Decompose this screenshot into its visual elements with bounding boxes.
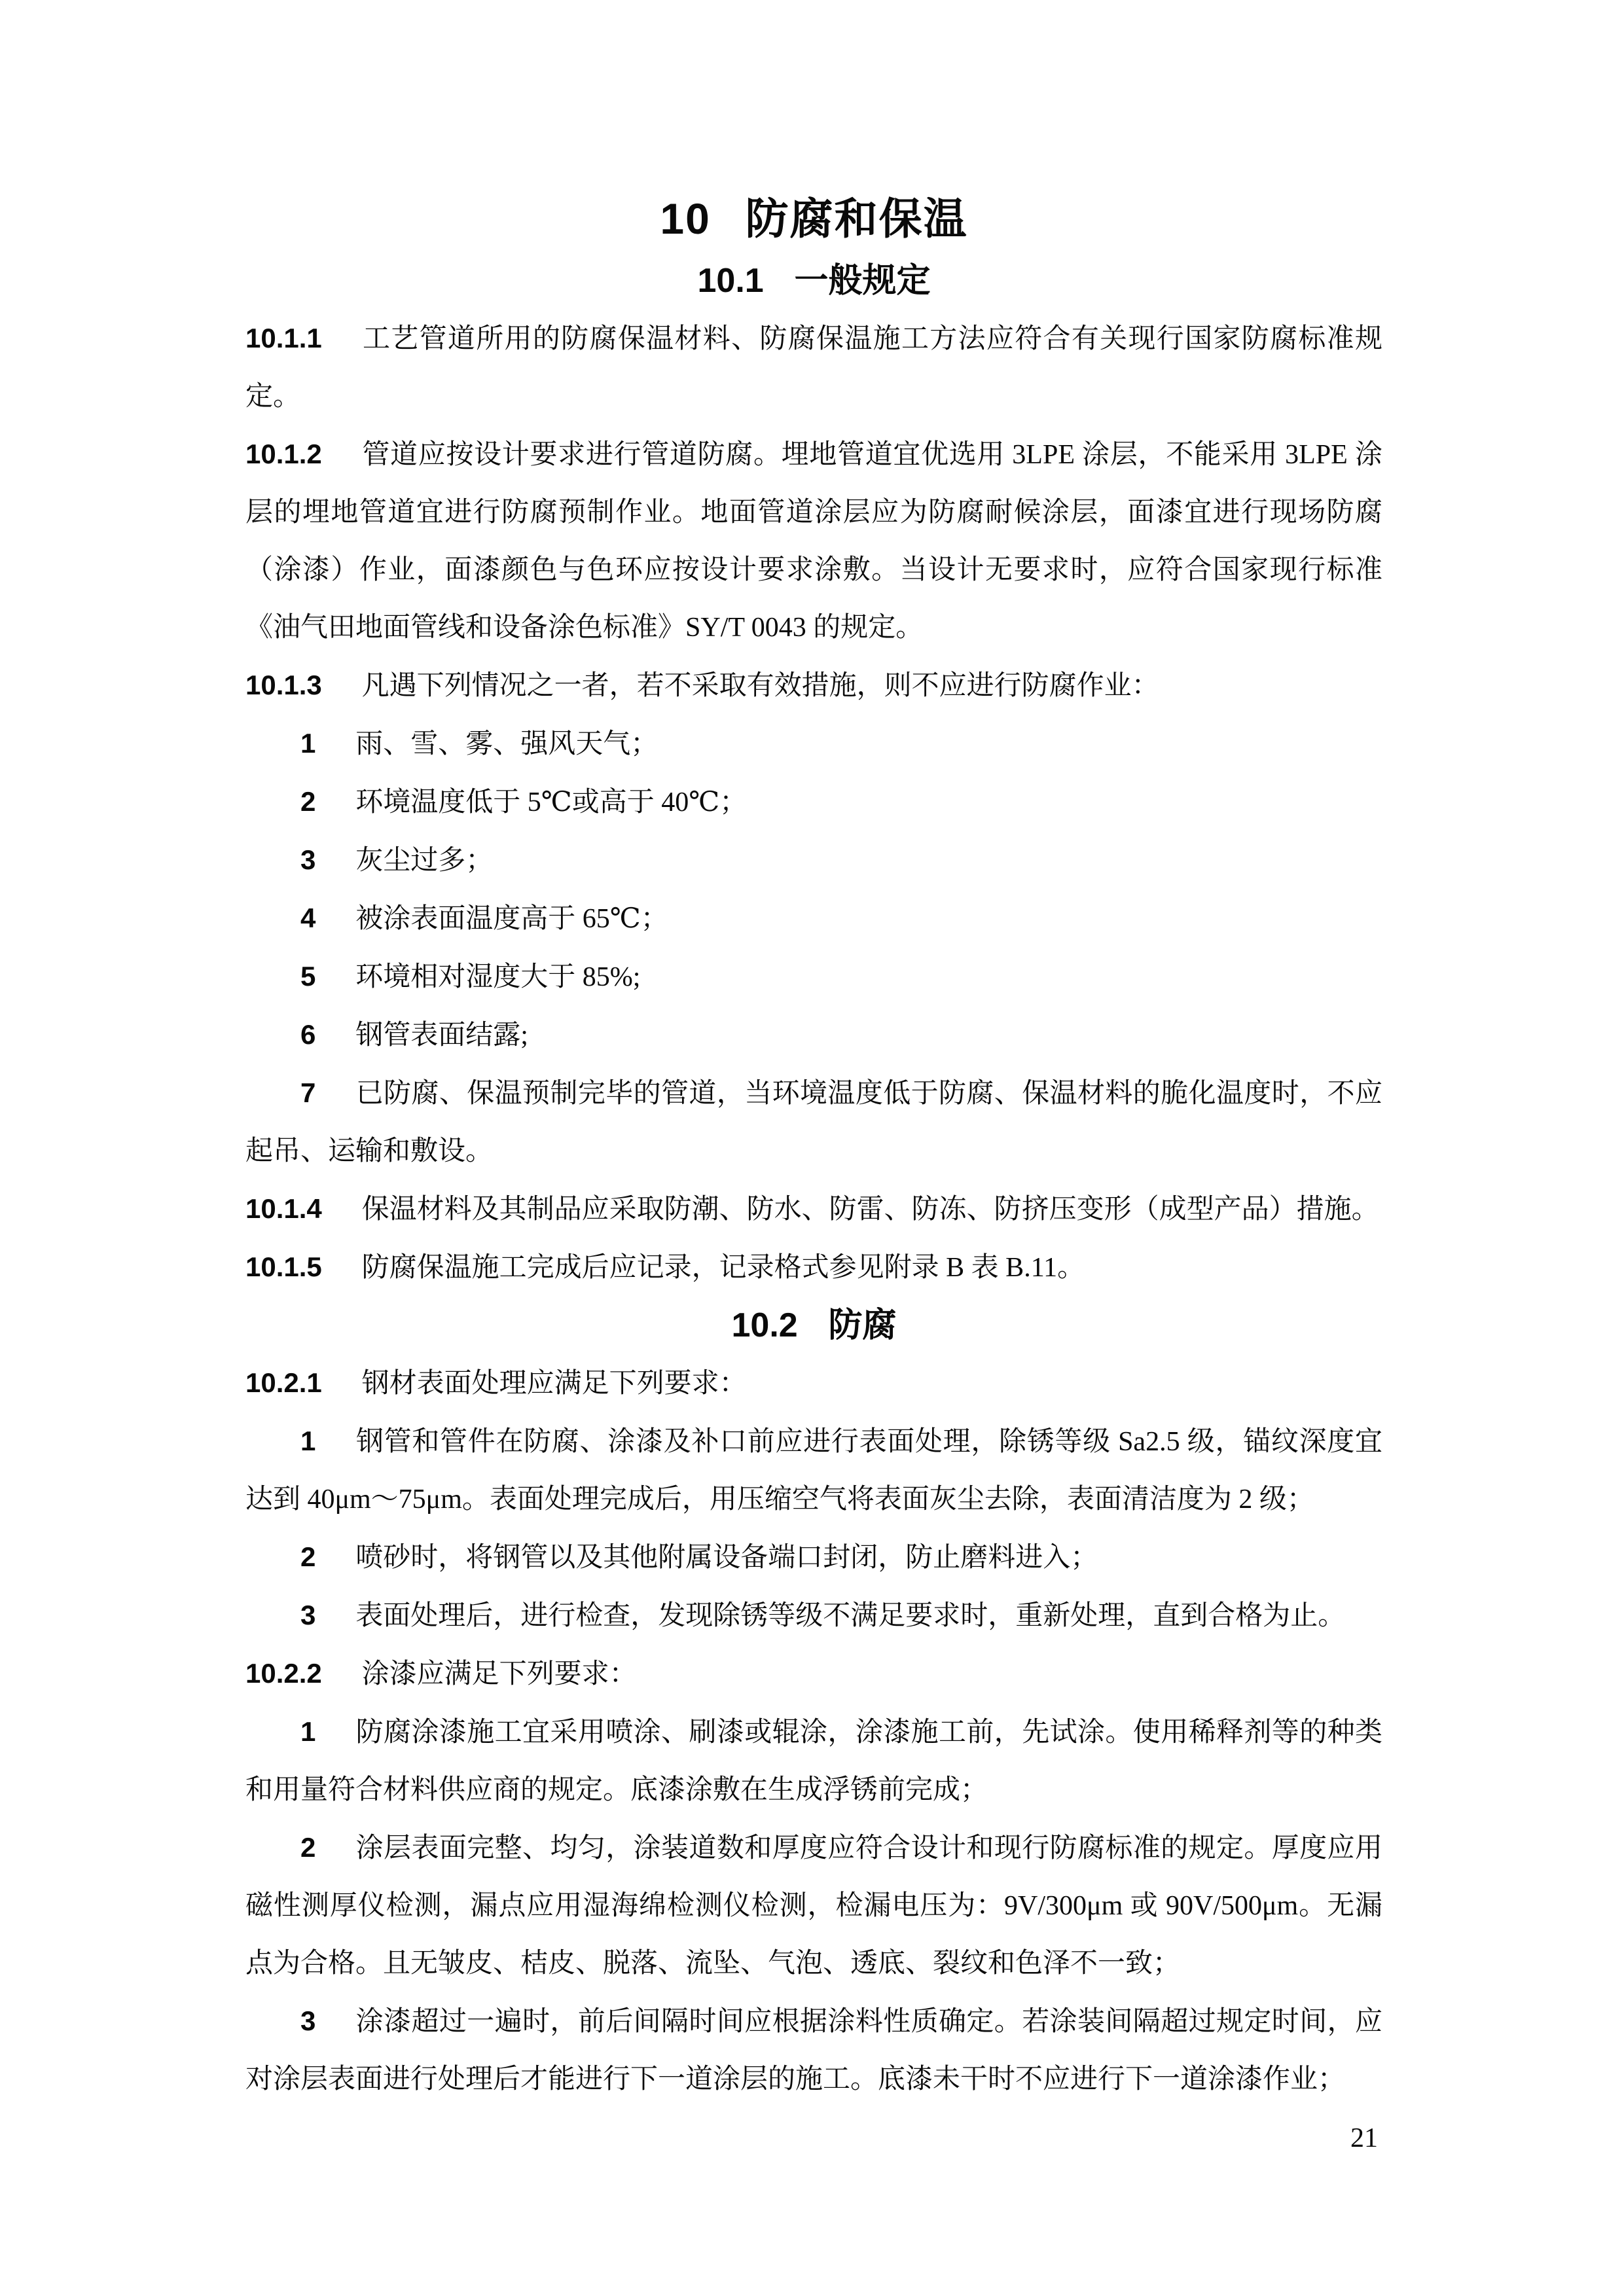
clause-number: 1 <box>300 1716 316 1747</box>
clause-text: 雨、雪、雾、强风天气； <box>355 729 658 759</box>
list-item: 1雨、雪、雾、强风天气； <box>245 715 1382 773</box>
clause-text: 防腐涂漆施工宜采用喷涂、刷漆或辊涂，涂漆施工前，先试涂。使用稀释剂等的种类和用量… <box>245 1717 1382 1805</box>
clause-text: 涂漆应满足下列要求： <box>362 1659 637 1689</box>
clause-number: 2 <box>300 1832 316 1863</box>
document-body: 10防腐和保温10.1一般规定10.1.1工艺管道所用的防腐保温材料、防腐保温施… <box>245 185 1382 2108</box>
clause-text: 环境相对湿度大于 85%; <box>355 962 640 992</box>
section-heading: 10.2防腐 <box>245 1297 1382 1354</box>
clause-paragraph: 10.1.2管道应按设计要求进行管道防腐。埋地管道宜优选用 3LPE 涂层，不能… <box>245 425 1382 656</box>
list-item: 7已防腐、保温预制完毕的管道，当环境温度低于防腐、保温材料的脆化温度时，不应起吊… <box>245 1064 1382 1180</box>
clause-text: 钢管表面结露; <box>355 1020 528 1050</box>
clause-text: 钢管和管件在防腐、涂漆及补口前应进行表面处理，除锈等级 Sa2.5 级，锚纹深度… <box>245 1427 1382 1515</box>
clause-text: 被涂表面温度高于 65℃； <box>355 904 668 934</box>
clause-number: 10.1.3 <box>245 670 322 700</box>
clause-number: 5 <box>300 961 316 992</box>
clause-text: 一般规定 <box>795 262 931 300</box>
clause-number: 10 <box>660 194 710 243</box>
list-item: 3表面处理后，进行检查，发现除锈等级不满足要求时，重新处理，直到合格为止。 <box>245 1587 1382 1645</box>
clause-text: 表面处理后，进行检查，发现除锈等级不满足要求时，重新处理，直到合格为止。 <box>355 1601 1345 1631</box>
clause-number: 4 <box>300 903 316 933</box>
list-item: 1防腐涂漆施工宜采用喷涂、刷漆或辊涂，涂漆施工前，先试涂。使用稀释剂等的种类和用… <box>245 1703 1382 1819</box>
clause-text: 涂层表面完整、均匀，涂装道数和厚度应符合设计和现行防腐标准的规定。厚度应用磁性测… <box>245 1833 1382 1979</box>
clause-paragraph: 10.1.3凡遇下列情况之一者，若不采取有效措施，则不应进行防腐作业： <box>245 656 1382 715</box>
clause-number: 10.2 <box>731 1306 797 1344</box>
clause-paragraph: 10.1.4保温材料及其制品应采取防潮、防水、防雷、防冻、防挤压变形（成型产品）… <box>245 1180 1382 1238</box>
clause-text: 防腐 <box>829 1306 897 1344</box>
list-item: 1钢管和管件在防腐、涂漆及补口前应进行表面处理，除锈等级 Sa2.5 级，锚纹深… <box>245 1412 1382 1528</box>
clause-number: 10.1.1 <box>245 323 322 353</box>
clause-paragraph: 10.1.5防腐保温施工完成后应记录，记录格式参见附录 B 表 B.11。 <box>245 1238 1382 1297</box>
list-item: 2喷砂时，将钢管以及其他附属设备端口封闭，防止磨料进入； <box>245 1528 1382 1587</box>
clause-text: 凡遇下列情况之一者，若不采取有效措施，则不应进行防腐作业： <box>362 671 1159 701</box>
document-page: 10防腐和保温10.1一般规定10.1.1工艺管道所用的防腐保温材料、防腐保温施… <box>0 0 1624 2296</box>
clause-text: 涂漆超过一遍时，前后间隔时间应根据涂料性质确定。若涂装间隔超过规定时间，应对涂层… <box>245 2007 1382 2094</box>
list-item: 2涂层表面完整、均匀，涂装道数和厚度应符合设计和现行防腐标准的规定。厚度应用磁性… <box>245 1819 1382 1992</box>
clause-number: 6 <box>300 1019 316 1050</box>
section-heading: 10.1一般规定 <box>245 252 1382 310</box>
clause-text: 管道应按设计要求进行管道防腐。埋地管道宜优选用 3LPE 涂层，不能采用 3LP… <box>245 440 1382 643</box>
clause-text: 防腐和保温 <box>746 194 968 243</box>
clause-number: 10.1.2 <box>245 439 322 469</box>
list-item: 4被涂表面温度高于 65℃； <box>245 889 1382 948</box>
clause-text: 工艺管道所用的防腐保温材料、防腐保温施工方法应符合有关现行国家防腐标准规定。 <box>245 324 1382 412</box>
clause-number: 1 <box>300 728 316 759</box>
clause-text: 已防腐、保温预制完毕的管道，当环境温度低于防腐、保温材料的脆化温度时，不应起吊、… <box>245 1079 1382 1166</box>
clause-text: 保温材料及其制品应采取防潮、防水、防雷、防冻、防挤压变形（成型产品）措施。 <box>362 1194 1379 1225</box>
clause-text: 防腐保温施工完成后应记录，记录格式参见附录 B 表 B.11。 <box>362 1253 1085 1283</box>
clause-number: 3 <box>300 2005 316 2036</box>
list-item: 3涂漆超过一遍时，前后间隔时间应根据涂料性质确定。若涂装间隔超过规定时间，应对涂… <box>245 1992 1382 2108</box>
clause-paragraph: 10.2.1钢材表面处理应满足下列要求： <box>245 1354 1382 1412</box>
clause-number: 1 <box>300 1426 316 1456</box>
clause-text: 喷砂时，将钢管以及其他附属设备端口封闭，防止磨料进入； <box>355 1543 1098 1573</box>
list-item: 3灰尘过多； <box>245 831 1382 889</box>
clause-number: 10.1.4 <box>245 1193 322 1224</box>
clause-number: 3 <box>300 844 316 875</box>
clause-number: 2 <box>300 786 316 817</box>
page-number: 21 <box>1350 2122 1378 2155</box>
clause-number: 10.1.5 <box>245 1251 322 1282</box>
clause-number: 10.1 <box>697 262 763 300</box>
clause-text: 环境温度低于 5℃或高于 40℃； <box>355 787 747 817</box>
clause-paragraph: 10.1.1工艺管道所用的防腐保温材料、防腐保温施工方法应符合有关现行国家防腐标… <box>245 310 1382 425</box>
clause-number: 2 <box>300 1541 316 1572</box>
clause-number: 3 <box>300 1600 316 1630</box>
clause-number: 7 <box>300 1077 316 1108</box>
list-item: 5环境相对湿度大于 85%; <box>245 948 1382 1006</box>
clause-text: 灰尘过多； <box>355 846 493 876</box>
clause-paragraph: 10.2.2涂漆应满足下列要求： <box>245 1645 1382 1703</box>
clause-text: 钢材表面处理应满足下列要求： <box>362 1369 747 1399</box>
clause-number: 10.2.1 <box>245 1367 322 1398</box>
chapter-heading: 10防腐和保温 <box>245 185 1382 252</box>
list-item: 6钢管表面结露; <box>245 1006 1382 1064</box>
clause-number: 10.2.2 <box>245 1658 322 1689</box>
list-item: 2环境温度低于 5℃或高于 40℃； <box>245 773 1382 831</box>
